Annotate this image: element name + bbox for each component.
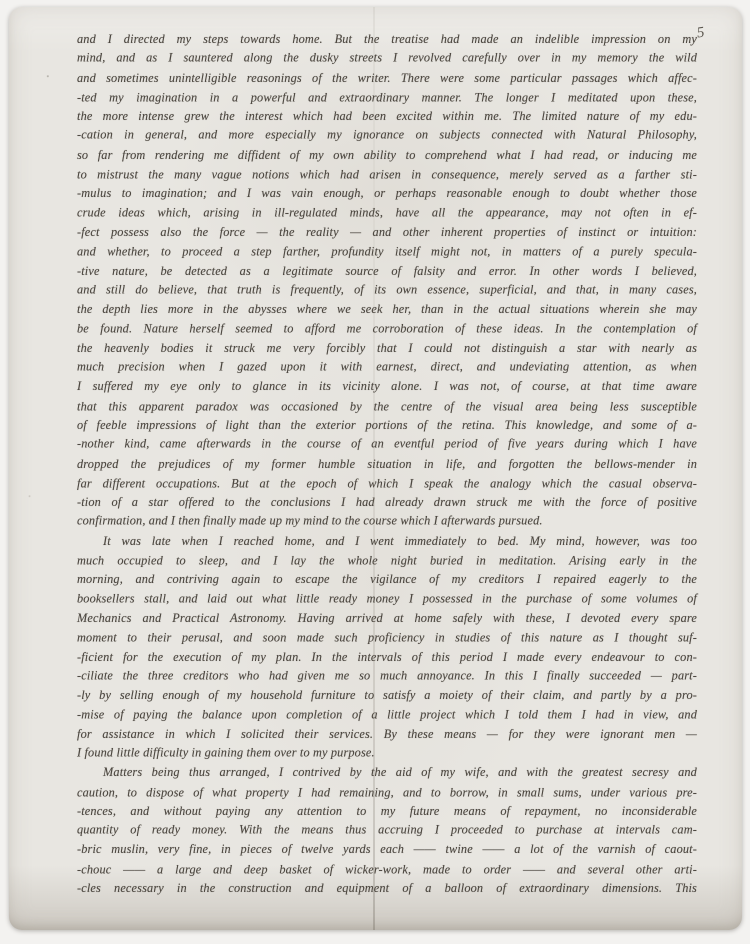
manuscript-line: the heavenly bodies it struck me very fo… (77, 339, 697, 358)
manuscript-line: -nother kind, came afterwards in the cou… (77, 435, 697, 454)
manuscript-line: Mechanics and Practical Astronomy. Havin… (77, 609, 697, 628)
manuscript-line: much occupied to sleep, and I lay the wh… (77, 551, 697, 570)
manuscript-line: much precision when I gazed upon it with… (77, 358, 697, 377)
manuscript-line: crude ideas which, arising in ill-regula… (77, 203, 697, 222)
manuscript-line: Matters being thus arranged, I contrived… (77, 763, 697, 782)
manuscript-line: -fect possess also the force — the reali… (77, 223, 697, 242)
manuscript-line: and whether, to proceed a step farther, … (77, 243, 697, 262)
manuscript-line: for assistance in which I solicited thei… (77, 725, 697, 744)
manuscript-line: mind, and as I sauntered along the dusky… (77, 49, 697, 68)
manuscript-text: and I directed my steps towards home. Bu… (77, 30, 697, 898)
manuscript-line: I suffered my eye only to glance in its … (77, 377, 697, 396)
manuscript-line: that this apparent paradox was occasione… (77, 397, 697, 416)
manuscript-line: -ted my imagination in a powerful and ex… (77, 88, 697, 107)
manuscript-line: -chouc —— a large and deep basket of wic… (77, 860, 697, 879)
manuscript-line: -ciliate the three creditors who had giv… (77, 666, 697, 685)
manuscript-line: -cles necessary in the construction and … (77, 879, 697, 898)
manuscript-line: booksellers stall, and laid out what lit… (77, 589, 697, 608)
manuscript-line: quantity of ready money. With the means … (77, 821, 697, 840)
manuscript-line: -mulus to imagination; and I was vain en… (77, 184, 697, 203)
manuscript-page: 5 and I directed my steps towards home. … (9, 7, 742, 930)
manuscript-line: -ly by selling enough of my household fu… (77, 686, 697, 705)
manuscript-line: and sometimes unintelligible reasonings … (77, 69, 697, 88)
manuscript-scan: 5 and I directed my steps towards home. … (0, 0, 750, 944)
manuscript-line: I found little difficulty in gaining the… (77, 744, 697, 763)
center-fold-crease (373, 7, 375, 930)
manuscript-line: dropped the prejudices of my former humb… (77, 455, 697, 474)
manuscript-line: morning, and contriving again to escape … (77, 570, 697, 589)
manuscript-line: It was late when I reached home, and I w… (77, 532, 697, 551)
manuscript-line: and still do believe, that truth is freq… (77, 280, 697, 299)
manuscript-line: -tive nature, be detected as a legitimat… (77, 262, 697, 281)
manuscript-line: far different occupations. But at the ep… (77, 474, 697, 493)
manuscript-line: -bric muslin, very fine, in pieces of tw… (77, 840, 697, 859)
manuscript-line: be found. Nature herself seemed to affor… (77, 320, 697, 339)
manuscript-line: moment to their perusal, and soon made s… (77, 629, 697, 648)
manuscript-line: caution, to dispose of what property I h… (77, 783, 697, 802)
manuscript-line: confirmation, and I then finally made up… (77, 512, 697, 531)
manuscript-line: and I directed my steps towards home. Bu… (77, 30, 697, 49)
manuscript-line: so far from rendering me diffident of my… (77, 146, 697, 165)
manuscript-line: -ficient for the execution of my plan. I… (77, 648, 697, 667)
manuscript-line: -cation in general, and more especially … (77, 126, 697, 145)
manuscript-line: to mistrust the many vague notions which… (77, 165, 697, 184)
manuscript-line: of feeble impressions of light than the … (77, 416, 697, 435)
manuscript-line: -tences, and without paying any attentio… (77, 802, 697, 821)
manuscript-line: -tion of a star offered to the conclusio… (77, 493, 697, 512)
manuscript-line: the depth lies more in the abysses where… (77, 300, 697, 319)
manuscript-line: the more intense grew the interest which… (77, 107, 697, 126)
manuscript-line: -mise of paying the balance upon complet… (77, 706, 697, 725)
